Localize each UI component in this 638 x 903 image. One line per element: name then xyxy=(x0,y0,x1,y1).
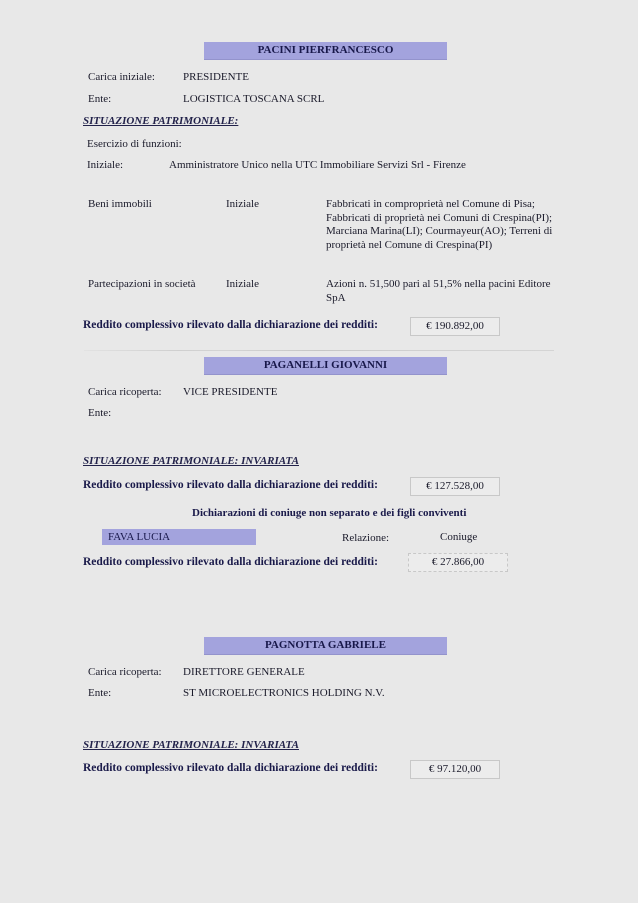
iniziale-value: Amministratore Unico nella UTC Immobilia… xyxy=(169,159,466,172)
role-label: Carica ricoperta: xyxy=(88,666,162,679)
reddito-label: Reddito complessivo rilevato dalla dichi… xyxy=(83,556,378,568)
situazione-patrimoniale-heading: SITUAZIONE PATRIMONIALE: xyxy=(83,115,238,127)
asset-category: Beni immobili xyxy=(88,198,152,211)
ente-label: Ente: xyxy=(88,93,111,106)
person-name-header: PAGNOTTA GABRIELE xyxy=(204,637,447,655)
role-label: Carica ricoperta: xyxy=(88,386,162,399)
section-divider xyxy=(84,350,554,351)
reddito-amount: € 190.892,00 xyxy=(410,317,500,336)
relation-label: Relazione: xyxy=(342,532,389,545)
ente-label: Ente: xyxy=(88,687,111,700)
person-name-header: PACINI PIERFRANCESCO xyxy=(204,42,447,60)
asset-description: Fabbricati in comproprietà nel Comune di… xyxy=(326,198,566,252)
role-value: DIRETTORE GENERALE xyxy=(183,666,305,679)
family-declarations-heading: Dichiarazioni di coniuge non separato e … xyxy=(192,507,466,519)
ente-label: Ente: xyxy=(88,407,111,420)
role-value: VICE PRESIDENTE xyxy=(183,386,277,399)
reddito-label: Reddito complessivo rilevato dalla dichi… xyxy=(83,762,378,774)
reddito-label: Reddito complessivo rilevato dalla dichi… xyxy=(83,479,378,491)
asset-description: Azioni n. 51,500 pari al 51,5% nella pac… xyxy=(326,278,556,305)
reddito-label: Reddito complessivo rilevato dalla dichi… xyxy=(83,319,378,331)
reddito-amount: € 127.528,00 xyxy=(410,477,500,496)
ente-value: ST MICROELECTRONICS HOLDING N.V. xyxy=(183,687,385,700)
ente-value: LOGISTICA TOSCANA SCRL xyxy=(183,93,324,106)
family-reddito-amount: € 27.866,00 xyxy=(408,553,508,572)
asset-status: Iniziale xyxy=(226,198,259,211)
esercizio-label: Esercizio di funzioni: xyxy=(87,138,182,151)
situazione-patrimoniale-heading: SITUAZIONE PATRIMONIALE: INVARIATA xyxy=(83,455,299,467)
asset-category: Partecipazioni in società xyxy=(88,278,196,291)
role-value: PRESIDENTE xyxy=(183,71,249,84)
reddito-amount: € 97.120,00 xyxy=(410,760,500,779)
relation-value: Coniuge xyxy=(440,531,477,544)
iniziale-label: Iniziale: xyxy=(87,159,123,172)
role-label: Carica iniziale: xyxy=(88,71,155,84)
person-name-header: PAGANELLI GIOVANNI xyxy=(204,357,447,375)
family-member-name: FAVA LUCIA xyxy=(102,529,256,545)
situazione-patrimoniale-heading: SITUAZIONE PATRIMONIALE: INVARIATA xyxy=(83,739,299,751)
asset-status: Iniziale xyxy=(226,278,259,291)
